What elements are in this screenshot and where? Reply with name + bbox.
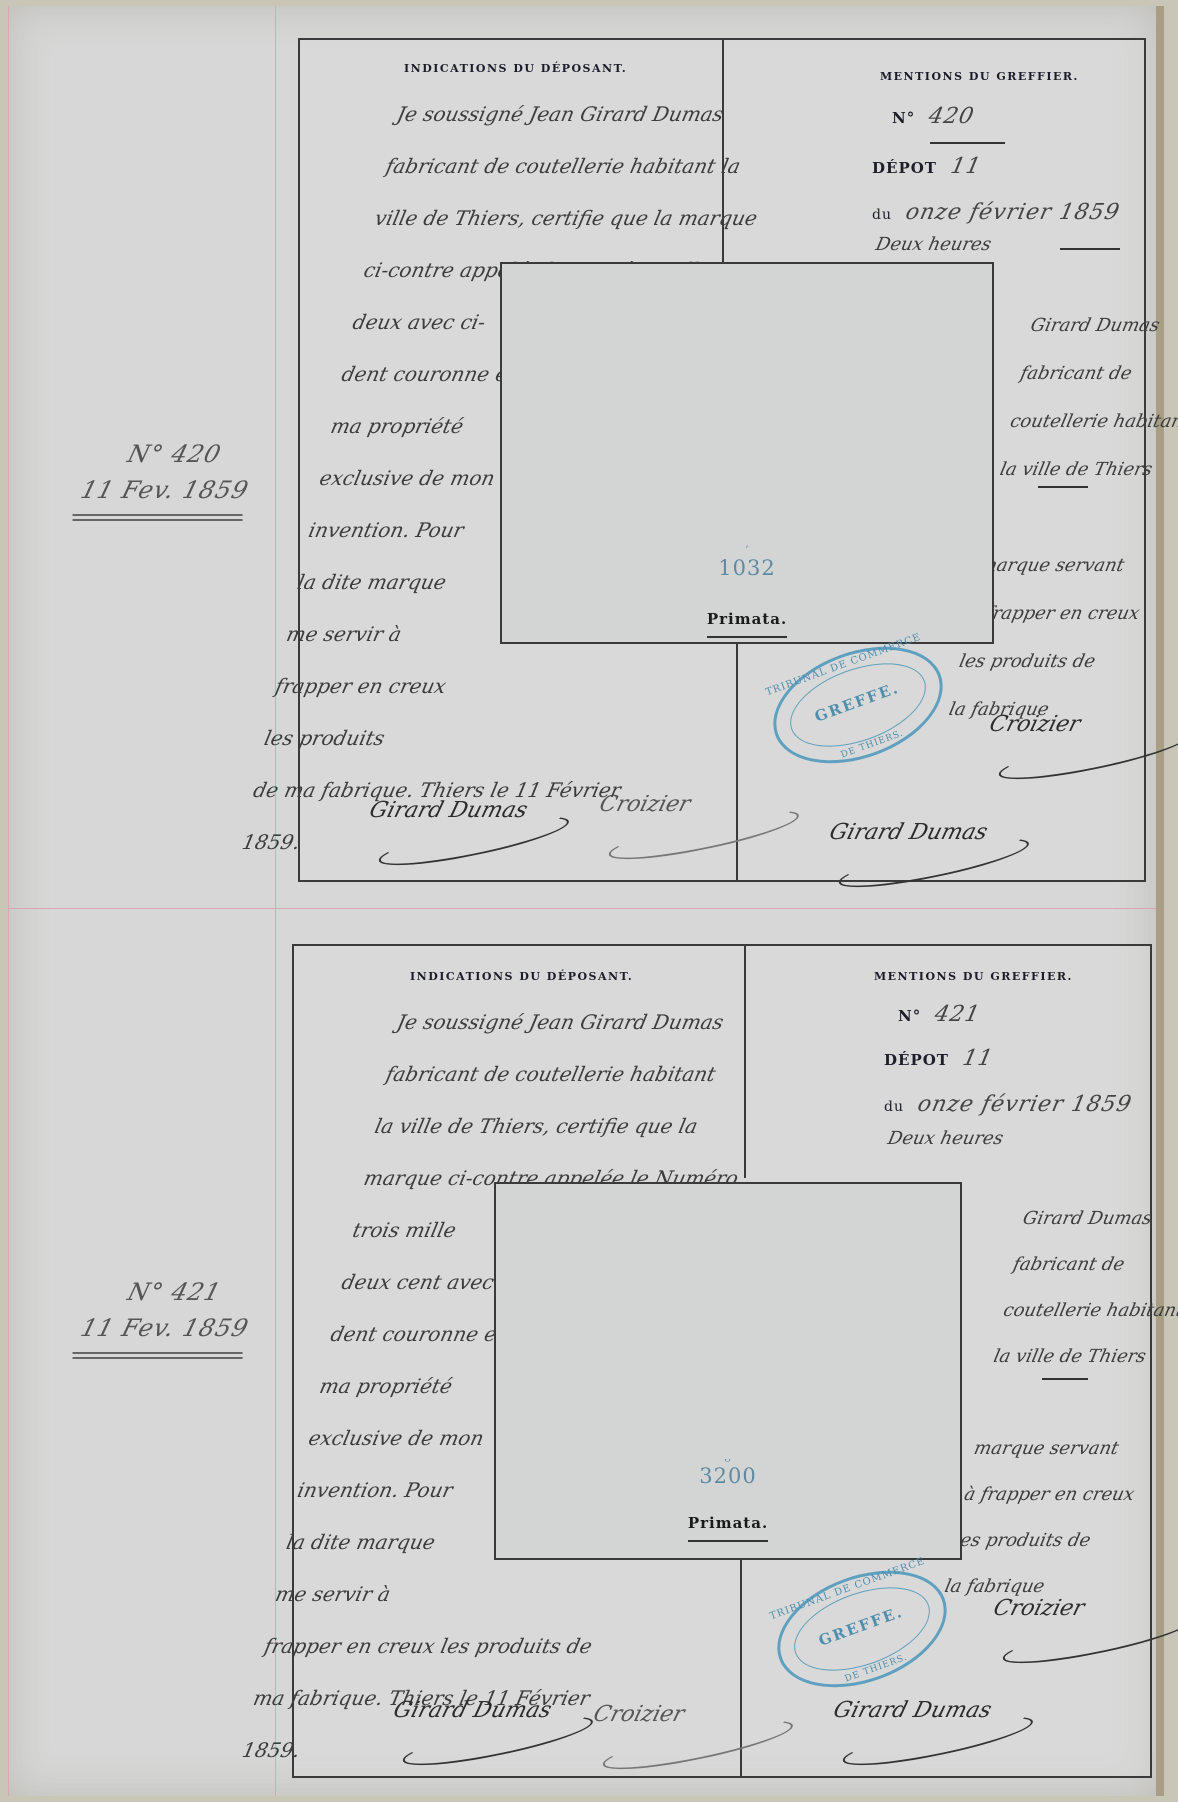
margin-note-date: 11 Fev. 1859 [70,1310,260,1346]
signature-deposant-right: Girard Dumas [827,820,991,845]
numero-field: N°421 [898,1002,980,1027]
tribunal-stamp: TRIBUNAL DE COMMERCE GREFFE. DE THIERS. [761,1549,963,1709]
entry-separator-rule [8,908,1156,909]
depot-value: 11 [948,154,983,179]
greffier-text: Girard Dumas fabricant de coutellerie ha… [940,1196,1178,1610]
heure-underline [1060,248,1120,250]
greffier-separator [1042,1378,1088,1380]
margin-note-entry-1: N° 420 11 Fev. 1859 [67,436,270,521]
header-indications-deposant: Indications du déposant. [404,62,627,75]
greffier-separator [1038,486,1088,488]
margin-double-rule [73,514,243,521]
depot-value: 11 [960,1046,995,1071]
margin-rule-inner [275,6,276,1796]
trademark-box: ʼ 1032 Primata. [500,262,994,644]
numero-field: N°420 [892,104,974,129]
header-indications-deposant: Indications du déposant. [410,970,633,983]
signature-greffier-right: Croizier [991,1596,1087,1621]
mark-caption: Primata. [496,1514,960,1542]
depot-field: DÉPOT11 [884,1046,993,1071]
signature-deposant-left: Girard Dumas [391,1698,555,1723]
margin-note-date: 11 Fev. 1859 [70,472,260,508]
trademark-box: ᴗ 3200 Primata. [494,1182,962,1560]
mark-number: ʼ 1032 [502,546,992,580]
header-mentions-greffier: Mentions du greffier. [874,970,1073,983]
margin-double-rule [73,1352,243,1359]
signature-deposant-right: Girard Dumas [831,1698,995,1723]
signature-greffier-right: Croizier [987,712,1083,737]
header-mentions-greffier: Mentions du greffier. [880,70,1079,83]
margin-rule-outer [8,6,9,1796]
numero-value: 421 [933,1002,983,1027]
margin-note-number: N° 420 [80,436,270,472]
register-page: N° 420 11 Fev. 1859 Indications du dépos… [8,6,1164,1796]
column-divider-lower [736,640,738,880]
heure-value: Deux heures [883,1114,1009,1164]
numero-value: 420 [927,104,977,129]
entry-frame-421: Indications du déposant. Mentions du gre… [292,944,1152,1778]
signature-greffier-center: Croizier [591,1702,687,1727]
margin-note-entry-2: N° 421 11 Fev. 1859 [67,1274,270,1359]
tribunal-stamp: TRIBUNAL DE COMMERCE GREFFE. DE THIERS. [757,625,959,785]
signature-deposant-left: Girard Dumas [367,798,531,823]
entry-frame-420: Indications du déposant. Mentions du gre… [298,38,1146,882]
signature-greffier-center: Croizier [597,792,693,817]
mark-number: ᴗ 3200 [496,1454,960,1488]
depot-field: DÉPOT11 [872,154,981,179]
numero-underline [930,142,1005,144]
margin-note-number: N° 421 [80,1274,270,1310]
